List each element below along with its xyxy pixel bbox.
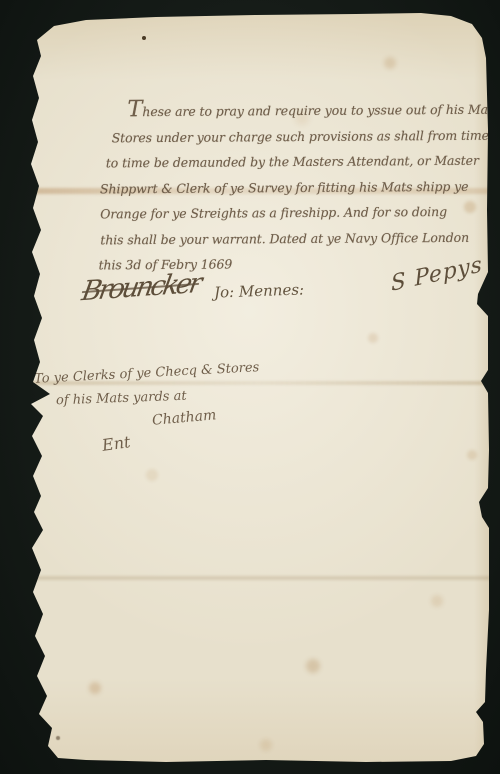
address-line-3: Chatham [151, 407, 216, 429]
fold-crease-bottom [26, 576, 490, 580]
ink-speck [142, 36, 146, 40]
body-line-3: to time be demaunded by the Masters Atte… [106, 148, 500, 176]
signature-mennes: Jo: Mennes: [214, 280, 305, 301]
warrant-body: These are to pray and require you to yss… [99, 95, 500, 278]
entered-mark: Ent [101, 432, 132, 455]
address-line-2: of his Mats yards at [56, 389, 187, 409]
photo-background: These are to pray and require you to yss… [0, 0, 500, 774]
body-line-1: These are to pray and require you to yss… [127, 95, 499, 125]
foxing-spots [26, 10, 34, 18]
manuscript-page: These are to pray and require you to yss… [26, 10, 490, 762]
body-line-5: Orange for ye Streights as a fireshipp. … [100, 199, 500, 227]
body-line-4: Shippwrt & Clerk of ye Survey for fittin… [100, 173, 500, 201]
body-line-6: this shall be your warrant. Dated at ye … [100, 224, 500, 252]
corner-mark: E [23, 722, 47, 739]
body-line-2: Stores under your charge such provisions… [112, 122, 500, 150]
